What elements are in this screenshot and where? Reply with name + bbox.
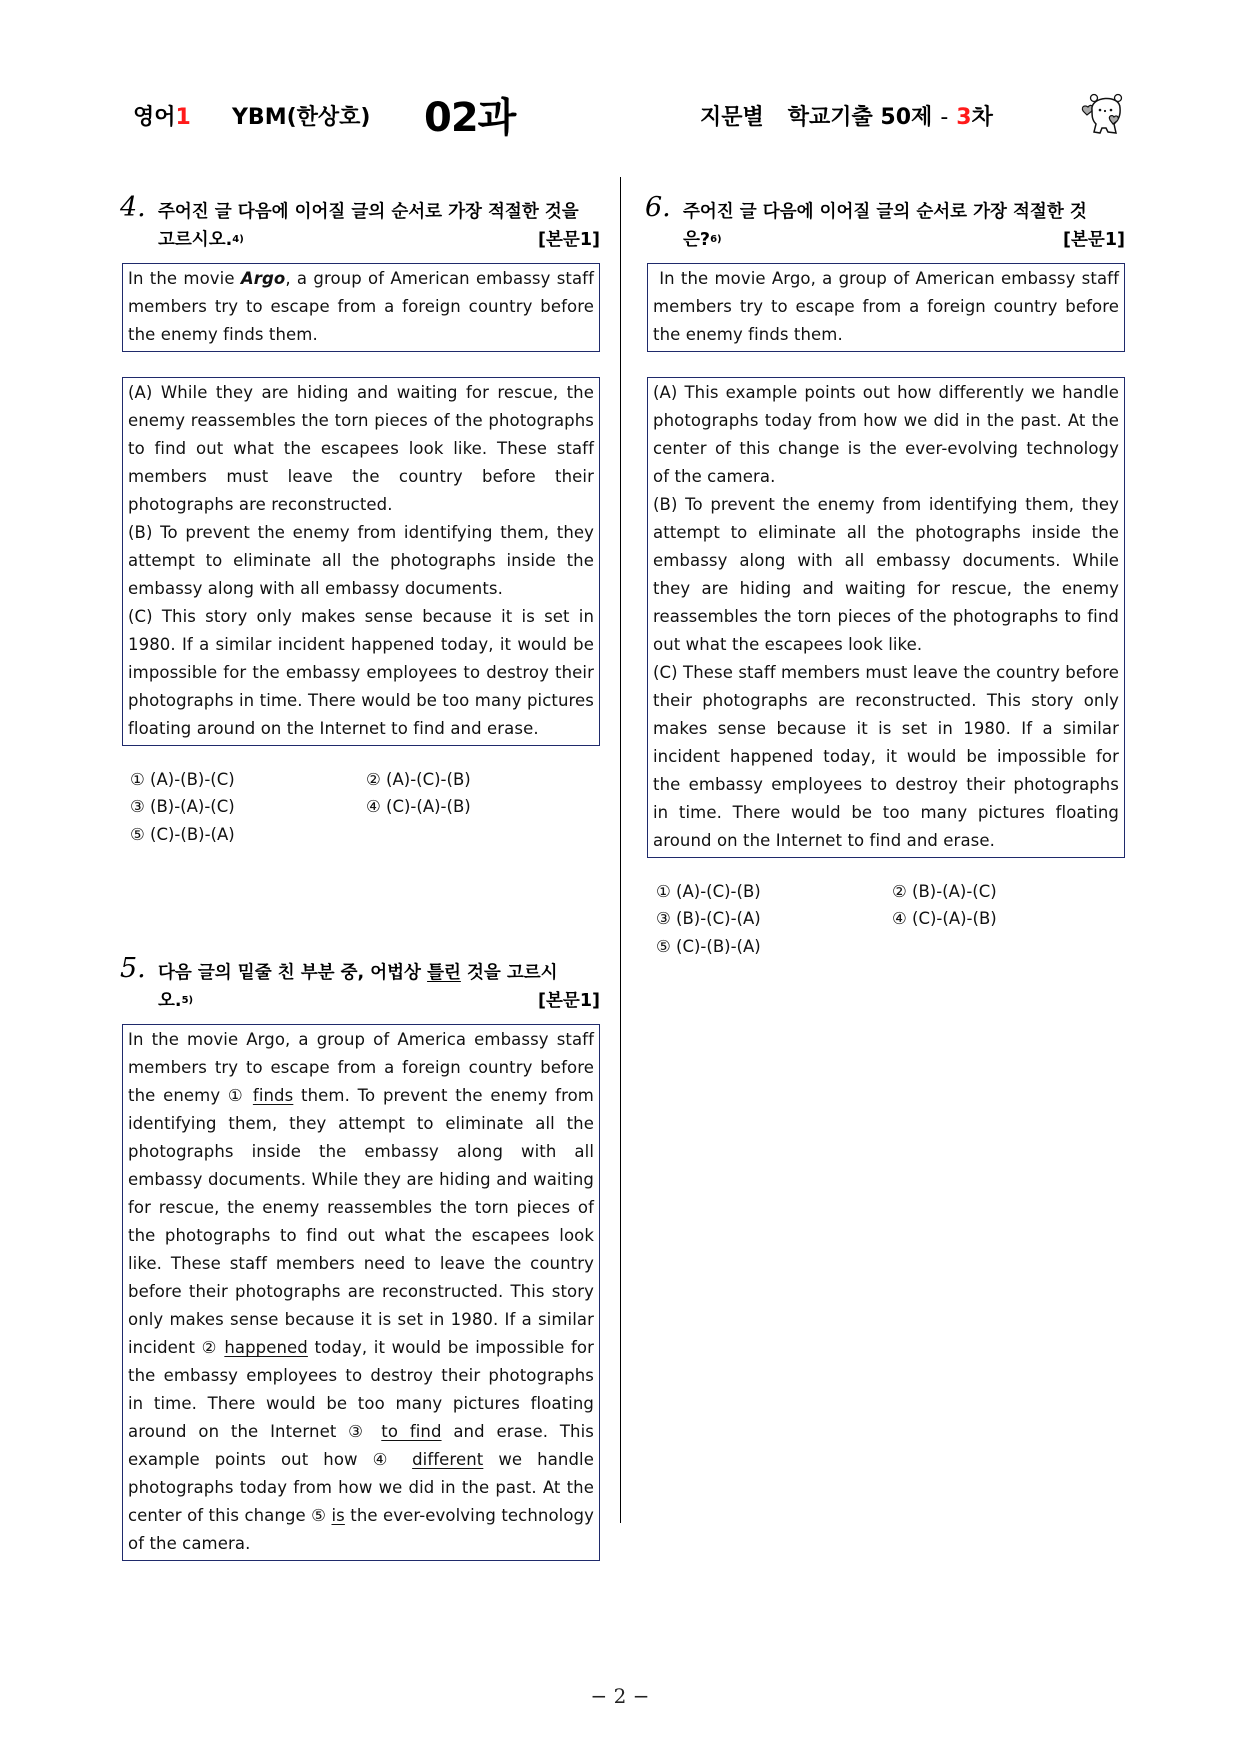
- question-number: 4.: [120, 194, 146, 222]
- choice-3[interactable]: ③ (B)-(A)-(C): [130, 793, 235, 821]
- prompt-text: 주어진 글 다음에 이어질 글의 순서로 가장 적절한 것을: [158, 202, 579, 222]
- choice-4[interactable]: ④ (C)-(A)-(B): [892, 905, 997, 933]
- question-4: 4. 주어진 글 다음에 이어질 글의 순서로 가장 적절한 것을 고르시오.4…: [122, 198, 600, 746]
- prompt-text: 다음 글의 밑줄 친 부분 중, 어법상: [158, 963, 427, 983]
- publisher-label: YBM(한상호): [232, 100, 370, 131]
- choice-2[interactable]: ② (B)-(A)-(C): [892, 878, 997, 906]
- passage-box: (A) While they are hiding and waiting fo…: [122, 377, 600, 746]
- source-tag: [본문1]: [538, 226, 600, 254]
- footnote-ref[interactable]: 5): [182, 995, 194, 1006]
- underlined-5: is: [332, 1506, 345, 1525]
- prompt-text-2: 것을 고르시: [461, 963, 558, 983]
- question-number: 5.: [120, 955, 146, 983]
- underlined-1: finds: [253, 1086, 293, 1105]
- prompt-text-2: 은?: [683, 230, 710, 250]
- passage-b: (B) To prevent the enemy from identifyin…: [653, 491, 1119, 659]
- passage-text: them. To prevent the enemy from identify…: [128, 1086, 594, 1357]
- marker-1: ①: [228, 1086, 245, 1105]
- worksheet-title: 지문별학교기출 50제-3차: [700, 100, 993, 131]
- question-5: 5. 다음 글의 밑줄 친 부분 중, 어법상 틀린 것을 고르시 오.5)[본…: [122, 959, 600, 1561]
- round-number: 3: [956, 105, 971, 130]
- underlined-2: happened: [224, 1338, 308, 1357]
- marker-5: ⑤: [311, 1506, 326, 1525]
- grammar-passage-box: In the movie Argo, a group of America em…: [122, 1024, 600, 1561]
- lesson-title: 02과: [424, 86, 515, 143]
- round-suffix: 차: [972, 105, 993, 130]
- footnote-ref[interactable]: 6): [710, 234, 722, 245]
- question-5-prompt: 5. 다음 글의 밑줄 친 부분 중, 어법상 틀린 것을 고르시 오.5)[본…: [122, 959, 600, 1015]
- source-tag: [본문1]: [1063, 226, 1125, 254]
- movie-title: Argo: [241, 269, 285, 288]
- footnote-ref[interactable]: 4): [232, 234, 244, 245]
- underlined-4: different: [412, 1450, 483, 1469]
- column-divider: [620, 177, 621, 1523]
- passage-box: (A) This example points out how differen…: [647, 377, 1125, 858]
- question-number: 6.: [645, 194, 671, 222]
- choice-1[interactable]: ① (A)-(C)-(B): [656, 878, 761, 906]
- prompt-text: 주어진 글 다음에 이어질 글의 순서로 가장 적절한 것: [683, 202, 1087, 222]
- title-part1: 지문별: [700, 105, 764, 130]
- prompt-text-3: 오.: [158, 991, 182, 1011]
- passage-c: (C) This story only makes sense because …: [128, 603, 594, 743]
- passage-a: (A) This example points out how differen…: [653, 379, 1119, 491]
- passage-a: (A) While they are hiding and waiting fo…: [128, 379, 594, 519]
- choice-2[interactable]: ② (A)-(C)-(B): [366, 766, 471, 794]
- passage-c: (C) These staff members must leave the c…: [653, 659, 1119, 855]
- title-part2: 학교기출 50제: [788, 105, 933, 130]
- marker-4: ④: [373, 1450, 398, 1469]
- subject-grade: 1: [176, 105, 191, 130]
- choice-5[interactable]: ⑤ (C)-(B)-(A): [130, 821, 235, 849]
- underlined-3: to find: [381, 1422, 441, 1441]
- choice-5[interactable]: ⑤ (C)-(B)-(A): [656, 933, 761, 961]
- marker-2: ②: [202, 1338, 218, 1357]
- subject-name: 영어: [133, 105, 176, 130]
- source-tag: [본문1]: [538, 987, 600, 1015]
- title-separator: -: [940, 105, 948, 130]
- question-6-prompt: 6. 주어진 글 다음에 이어질 글의 순서로 가장 적절한 것 은?6)[본문…: [647, 198, 1125, 254]
- question-6: 6. 주어진 글 다음에 이어질 글의 순서로 가장 적절한 것 은?6)[본문…: [647, 198, 1125, 858]
- intro-box: In the movie Argo, a group of American e…: [122, 263, 600, 352]
- choice-1[interactable]: ① (A)-(B)-(C): [130, 766, 235, 794]
- passage-b: (B) To prevent the enemy from identifyin…: [128, 519, 594, 603]
- subject-label: 영어1: [133, 100, 191, 131]
- choice-4[interactable]: ④ (C)-(A)-(B): [366, 793, 471, 821]
- prompt-emphasis: 틀린: [427, 963, 461, 983]
- question-4-prompt: 4. 주어진 글 다음에 이어질 글의 순서로 가장 적절한 것을 고르시오.4…: [122, 198, 600, 254]
- intro-text: In the movie Argo, a group of American e…: [653, 269, 1124, 344]
- intro-text: In the movie: [128, 269, 241, 288]
- marker-3: ③: [348, 1422, 369, 1441]
- prompt-text-2: 고르시오.: [158, 230, 232, 250]
- choice-3[interactable]: ③ (B)-(C)-(A): [656, 905, 761, 933]
- bear-with-hearts-icon: [1078, 88, 1128, 136]
- intro-box: In the movie Argo, a group of American e…: [647, 263, 1125, 352]
- page-number: − 2 −: [0, 1684, 1240, 1708]
